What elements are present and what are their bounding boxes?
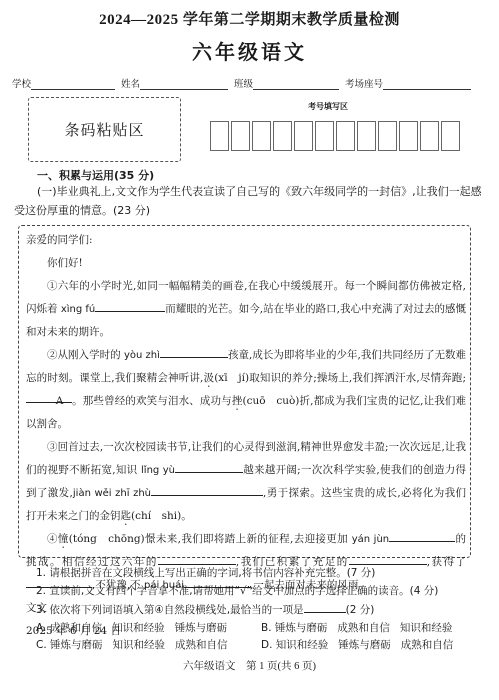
school-field[interactable] [31,79,115,90]
barcode-area: 条码粘贴区 [28,97,181,162]
exam-number-box[interactable] [231,121,250,151]
exam-number-box[interactable] [378,121,397,151]
letter-paragraph-1: ①六年的小学时光,如同一幅幅精美的画卷,在我心中缓缓展开。每一个瞬间都仿佛被定格… [26,275,466,344]
question-1: 1. 请根据拼音在文段横线上写出正确的字词,将书信内容补充完整。(7 分) [36,565,486,583]
exam-number-box[interactable] [399,121,418,151]
exam-number-box[interactable] [252,121,271,151]
exam-number-label: 考号填写区 [308,101,348,112]
letter-paragraph-2: ②从刚入学时的 yòu zhì孩童,成长为即将毕业的少年,我们共同经历了无数难忘… [26,344,466,436]
option-b[interactable]: B. 锤炼与磨砺成熟和自信知识和经验 [261,620,486,638]
exam-number-box[interactable] [420,121,439,151]
exam-number-box[interactable] [357,121,376,151]
answer-blank[interactable] [349,552,427,565]
questions: 1. 请根据拼音在文段横线上写出正确的字词,将书信内容补充完整。(7 分) 2.… [36,565,486,655]
answer-blank[interactable] [304,600,346,613]
section-heading: 一、积累与运用(35 分) [37,167,154,183]
pinyin: yòu zhì [124,350,160,361]
option-a[interactable]: A. 成熟和自信知识和经验锤炼与磨砺 [36,620,261,638]
answer-blank[interactable] [175,460,243,473]
answer-blank[interactable] [151,483,263,496]
answer-blank[interactable] [95,299,165,312]
dotted-character: 汲 [203,372,214,384]
dotted-character: 憧 [58,533,69,545]
seat-number-field[interactable] [383,79,471,90]
name-field[interactable] [140,79,228,90]
school-label: 学校 [12,76,31,90]
class-field[interactable] [253,79,339,90]
option-c[interactable]: C. 锤炼与磨砺知识和经验成熟和自信 [36,637,261,655]
answer-blank[interactable] [389,529,455,542]
exam-number-box[interactable] [336,121,355,151]
exam-number-box[interactable] [315,121,334,151]
page-footer: 六年级语文 第 1 页(共 6 页) [0,658,499,673]
student-info-row: 学校 姓名 班级 考场座号 [12,76,482,90]
letter-paragraph-3: ③回首过去,一次次校园读书节,让我们的心灵得到滋润,精神世界愈发丰盈;一次次远足… [26,436,466,528]
answer-blank[interactable] [160,345,228,358]
exam-number-box[interactable] [273,121,292,151]
class-label: 班级 [234,76,253,90]
pinyin: xìng fú [61,304,95,315]
dotted-character: 挫 [232,395,243,407]
exam-number-box[interactable] [294,121,313,151]
option-d[interactable]: D. 知识和经验锤炼与磨砺成熟和自信 [261,637,486,655]
answer-blank-a[interactable]: A [26,390,72,403]
pinyin: lǐng yù [141,465,175,476]
exam-number-box[interactable] [441,121,460,151]
pinyin: jiàn wěi zhī zhù [73,488,151,499]
barcode-label: 条码粘贴区 [64,119,144,140]
exam-number-box[interactable] [210,121,229,151]
section-intro: (一)毕业典礼上,文文作为学生代表宣读了自己写的《致六年级同学的一封信》,让我们… [14,182,484,220]
letter-salutation: 亲爱的同学们: [26,229,466,252]
exam-title: 2024—2025 学年第二学期期末教学质量检测 [0,8,499,29]
question-3: 3. 依次将下列词语填入第④自然段横线处,最恰当的一项是(2 分) [36,600,486,620]
letter-greeting: 你们好! [26,252,466,275]
dotted-character: 匙 [121,510,132,522]
question-2: 2. 宣读前,文文有四个字音拿不准,请帮她用“√”给文中加点的字选择正确的读音。… [36,583,486,601]
seat-number-label: 考场座号 [345,76,383,90]
pinyin: yán jùn [352,534,389,545]
answer-blank[interactable] [158,552,236,565]
letter-box: 亲爱的同学们: 你们好! ①六年的小学时光,如同一幅幅精美的画卷,在我心中缓缓展… [18,225,471,558]
exam-number-boxes [210,121,460,151]
name-label: 姓名 [121,76,140,90]
subject-title: 六年级语文 [0,36,499,65]
